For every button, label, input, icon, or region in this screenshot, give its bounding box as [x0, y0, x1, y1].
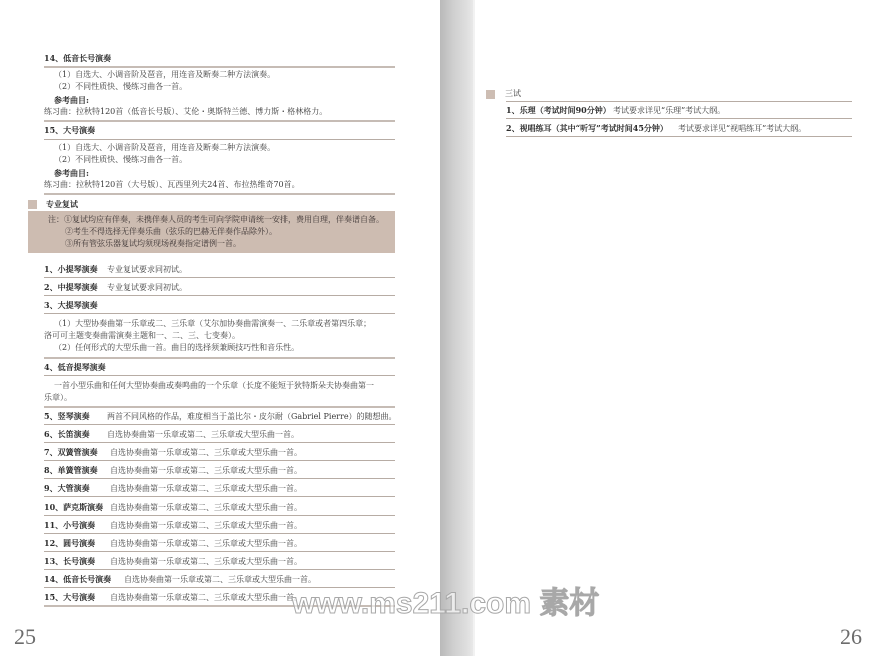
item15-line-1: （1）自选大、小调音阶及琶音，用连音及断奏二种方法演奏。: [44, 142, 405, 154]
item-desc: 自选协奏曲第一乐章或第二、三乐章或大型乐曲一首。: [110, 466, 302, 475]
list-item: 13、长号演奏自选协奏曲第一乐章或第二、三乐章或大型乐曲一首。: [44, 555, 395, 568]
item-desc: 自选协奏曲第一乐章或第二、三乐章或大型乐曲一首。: [110, 521, 302, 530]
divider: [44, 375, 395, 376]
list-item: 2、中提琴演奏专业复试要求同初试。: [44, 281, 395, 294]
list-item: 1、小提琴演奏专业复试要求同初试。: [44, 263, 395, 276]
item-desc: 自选协奏曲第一乐章或第二、三乐章或大型乐曲一首。: [110, 448, 302, 457]
item15-ref-label: 参考曲目:: [44, 167, 405, 179]
list-item: 1、乐理（考试时间90分钟）考试要求详见“乐理”考试大纲。: [506, 104, 852, 117]
divider: [44, 496, 395, 497]
item-desc: 专业复试要求同初试。: [107, 265, 187, 274]
divider: [44, 139, 395, 140]
item-title: 5、竖琴演奏: [44, 410, 107, 422]
divider: [44, 357, 395, 359]
divider: [44, 193, 395, 195]
divider: [44, 313, 395, 314]
divider: [44, 277, 395, 278]
item14-ref-label: 参考曲目:: [44, 94, 405, 106]
watermark: www.ms211.com 素材: [292, 578, 599, 622]
section-square-icon: [28, 200, 37, 209]
item-title: 11、小号演奏: [44, 519, 110, 531]
item-title: 4、低音提琴演奏: [44, 361, 395, 373]
section-square-icon: [486, 90, 495, 99]
list-item: 11、小号演奏自选协奏曲第一乐章或第二、三乐章或大型乐曲一首。: [44, 519, 395, 532]
item-desc: 自选协奏曲第一乐章或第二、三乐章或大型乐曲一首。: [110, 503, 302, 512]
item15-line-2: （2）不同性质快、慢练习曲各一首。: [44, 154, 405, 166]
divider: [44, 478, 395, 479]
section-title: 专业复试: [46, 198, 78, 210]
item-desc: 两首不同风格的作品，难度相当于盖比尔・皮尔耐（Gabriel Pierre）的随…: [107, 412, 397, 421]
divider: [506, 101, 852, 102]
item-desc: 自选协奏曲第一乐章或第二、三乐章或大型乐曲一首。: [107, 430, 299, 439]
item-sub-line: （2）任何形式的大型乐曲一首。曲目的选择须兼顾技巧性和音乐性。: [44, 342, 405, 354]
divider: [44, 460, 395, 461]
divider: [44, 551, 395, 552]
item14-title: 14、低音长号演奏: [44, 52, 395, 64]
item-sub-line: 洛可可主题变奏曲需演奏主题和一、二、三、七变奏）。: [44, 330, 395, 342]
divider: [44, 120, 395, 122]
list-item: 9、大管演奏自选协奏曲第一乐章或第二、三乐章或大型乐曲一首。: [44, 482, 395, 495]
divider: [44, 424, 395, 425]
divider: [44, 406, 395, 408]
item-title: 2、中提琴演奏: [44, 281, 107, 293]
divider: [506, 136, 852, 137]
item-desc: 自选协奏曲第一乐章或第二、三乐章或大型乐曲一首。: [124, 575, 316, 584]
item-desc: 专业复试要求同初试。: [107, 283, 187, 292]
list-item: 10、萨克斯演奏自选协奏曲第一乐章或第二、三乐章或大型乐曲一首。: [44, 501, 395, 514]
note-line-1: 注：①复试均应有伴奏，未携伴奏人员的考生可向学院申请统一安排，费用自理，伴奏谱自…: [48, 214, 384, 226]
section-title: 三试: [505, 88, 521, 100]
divider: [44, 66, 395, 68]
item-title: 14、低音长号演奏: [44, 573, 124, 585]
note-line-3: ③所有管弦乐器复试均须现场视奏指定谱例一首。: [65, 238, 241, 250]
item-desc: 考试要求详见“乐理”考试大纲。: [613, 106, 725, 115]
list-item: 12、圆号演奏自选协奏曲第一乐章或第二、三乐章或大型乐曲一首。: [44, 537, 395, 550]
list-item: 2、视唱练耳（其中“听写”考试时间45分钟）考试要求详见“视唱练耳”考试大纲。: [506, 122, 852, 135]
item-desc: 自选协奏曲第一乐章或第二、三乐章或大型乐曲一首。: [110, 557, 302, 566]
item-title: 15、大号演奏: [44, 591, 110, 603]
list-item: 8、单簧管演奏自选协奏曲第一乐章或第二、三乐章或大型乐曲一首。: [44, 464, 395, 477]
list-item: 6、长笛演奏自选协奏曲第一乐章或第二、三乐章或大型乐曲一首。: [44, 428, 395, 441]
item-title: 8、单簧管演奏: [44, 464, 110, 476]
divider: [44, 515, 395, 516]
item-desc: 自选协奏曲第一乐章或第二、三乐章或大型乐曲一首。: [110, 593, 302, 602]
item-sub-line: 乐章）。: [44, 392, 395, 404]
list-item: 7、双簧管演奏自选协奏曲第一乐章或第二、三乐章或大型乐曲一首。: [44, 446, 395, 459]
page-number: 25: [14, 624, 36, 650]
spine-edge: [473, 0, 475, 656]
item-title: 10、萨克斯演奏: [44, 501, 110, 513]
divider: [44, 442, 395, 443]
item-desc: 考试要求详见“视唱练耳”考试大纲。: [678, 124, 806, 133]
item-sub-line: 一首小型乐曲和任何大型协奏曲或奏鸣曲的一个乐章（长度不能短于狄特斯朵夫协奏曲第一: [44, 380, 405, 392]
divider: [44, 295, 395, 296]
item-title: 3、大提琴演奏: [44, 299, 395, 311]
item14-line-1: （1）自选大、小调音阶及琶音，用连音及断奏二种方法演奏。: [44, 69, 405, 81]
left-page: 14、低音长号演奏 （1）自选大、小调音阶及琶音，用连音及断奏二种方法演奏。 （…: [0, 0, 440, 656]
item-title: 2、视唱练耳（其中“听写”考试时间45分钟）: [506, 122, 678, 134]
note-box: 注：①复试均应有伴奏，未携伴奏人员的考生可向学院申请统一安排，费用自理，伴奏谱自…: [28, 211, 395, 253]
list-item: 5、竖琴演奏两首不同风格的作品，难度相当于盖比尔・皮尔耐（Gabriel Pie…: [44, 410, 395, 423]
item15-title: 15、大号演奏: [44, 124, 395, 136]
item-title: 9、大管演奏: [44, 482, 110, 494]
divider: [44, 569, 395, 570]
item15-ref-text: 练习曲：拉秋特120首（大号版）、瓦西里列夫24首、布拉热维奇70首。: [44, 179, 395, 191]
item-desc: 自选协奏曲第一乐章或第二、三乐章或大型乐曲一首。: [110, 484, 302, 493]
item14-line-2: （2）不同性质快、慢练习曲各一首。: [44, 81, 405, 93]
divider: [506, 118, 852, 119]
item-title: 13、长号演奏: [44, 555, 110, 567]
item-title: 1、乐理（考试时间90分钟）: [506, 104, 613, 116]
item-title: 7、双簧管演奏: [44, 446, 110, 458]
note-line-2: ②考生不得选择无伴奏乐曲（弦乐的巴赫无伴奏作品除外）。: [65, 226, 277, 238]
item-title: 6、长笛演奏: [44, 428, 107, 440]
item-title: 12、圆号演奏: [44, 537, 110, 549]
item14-ref-text: 练习曲：拉秋特120首（低音长号版）、艾伦・奥斯特兰德、博力斯・格林格力。: [44, 106, 395, 118]
item-desc: 自选协奏曲第一乐章或第二、三乐章或大型乐曲一首。: [110, 539, 302, 548]
item-sub-line: （1）大型协奏曲第一乐章或二、三乐章（艾尔加协奏曲需演奏一、二乐章或者第四乐章；: [44, 318, 405, 330]
divider: [44, 533, 395, 534]
book-spine: [440, 0, 473, 656]
item-title: 1、小提琴演奏: [44, 263, 107, 275]
page-number: 26: [840, 624, 862, 650]
